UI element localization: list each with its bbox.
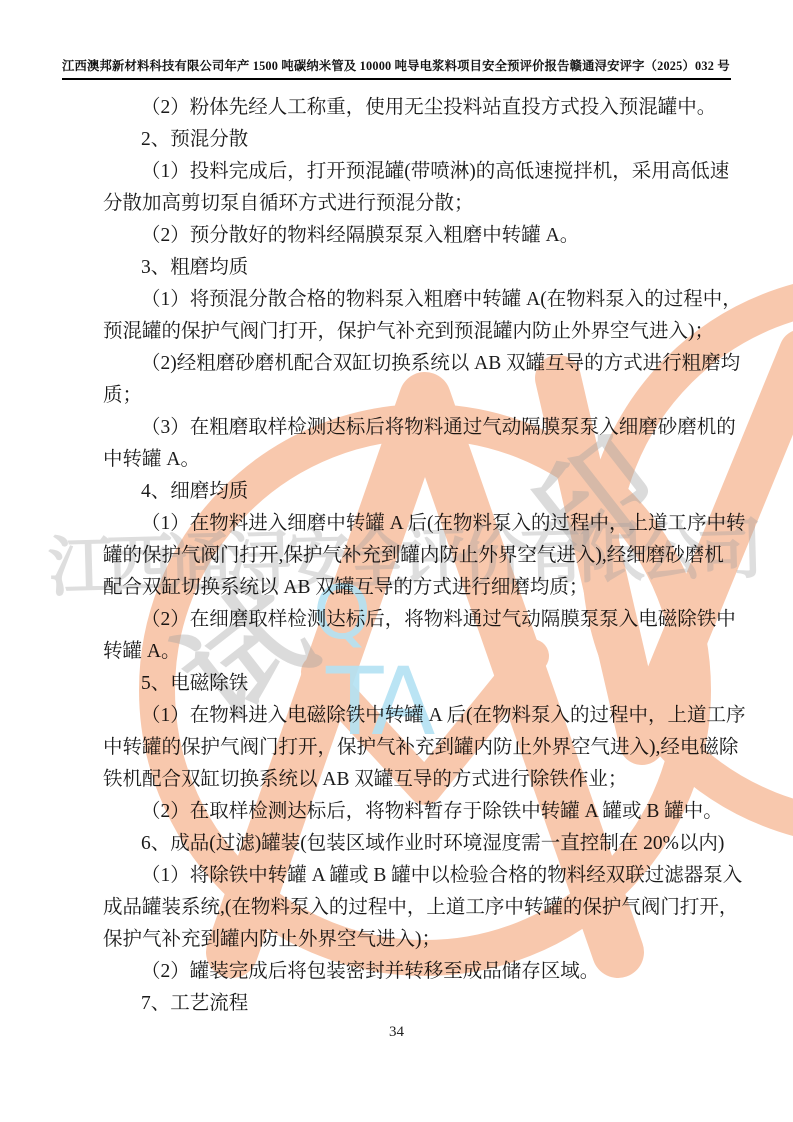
text-line: 质； — [103, 380, 715, 412]
text-line: 转罐 A。 — [103, 636, 715, 668]
text-line: 预混罐的保护气阀门打开，保护气补充到预混罐内防止外界空气进入)； — [103, 316, 715, 348]
text-line: 中转罐的保护气阀门打开，保护气补充到罐内防止外界空气进入),经电磁除 — [103, 732, 715, 764]
text-line: 分散加高剪切泵自循环方式进行预混分散； — [103, 188, 715, 220]
text-line: 保护气补充到罐内防止外界空气进入)； — [103, 924, 715, 956]
text-line: （1）将除铁中转罐 A 罐或 B 罐中以检验合格的物料经双联过滤器泵入 — [103, 860, 715, 892]
page-header: 江西澳邦新材料科技有限公司年产 1500 吨碳纳米管及 10000 吨导电浆料项… — [62, 56, 731, 80]
text-line: （3）在粗磨取样检测达标后将物料通过气动隔膜泵泵入细磨砂磨机的 — [103, 412, 715, 444]
text-line: 2、预混分散 — [103, 124, 715, 156]
text-line: （1）在物料进入细磨中转罐 A 后(在物料泵入的过程中，上道工序中转 — [103, 508, 715, 540]
text-line: （1）将预混分散合格的物料泵入粗磨中转罐 A(在物料泵入的过程中， — [103, 284, 715, 316]
text-line: （2）预分散好的物料经隔膜泵泵入粗磨中转罐 A。 — [103, 220, 715, 252]
text-line: 4、细磨均质 — [103, 476, 715, 508]
text-line: 中转罐 A。 — [103, 444, 715, 476]
text-line: 罐的保护气阀门打开,保护气补充到罐内防止外界空气进入),经细磨砂磨机 — [103, 540, 715, 572]
text-line: （2）在细磨取样检测达标后，将物料通过气动隔膜泵泵入电磁除铁中 — [103, 604, 715, 636]
body-text: （2）粉体先经人工称重，使用无尘投料站直投方式投入预混罐中。2、预混分散（1）投… — [103, 92, 715, 1020]
text-line: 3、粗磨均质 — [103, 252, 715, 284]
text-line: （2)经粗磨砂磨机配合双缸切换系统以 AB 双罐互导的方式进行粗磨均 — [103, 348, 715, 380]
text-line: 配合双缸切换系统以 AB 双罐互导的方式进行细磨均质； — [103, 572, 715, 604]
text-line: 6、成品(过滤)罐装(包装区域作业时环境湿度需一直控制在 20%以内) — [103, 828, 715, 860]
text-line: 成品罐装系统,(在物料泵入的过程中，上道工序中转罐的保护气阀门打开， — [103, 892, 715, 924]
text-line: （2）在取样检测达标后，将物料暂存于除铁中转罐 A 罐或 B 罐中。 — [103, 796, 715, 828]
text-line: （1）投料完成后，打开预混罐(带喷淋)的高低速搅拌机，采用高低速 — [103, 156, 715, 188]
text-line: 5、电磁除铁 — [103, 668, 715, 700]
text-line: 铁机配合双缸切换系统以 AB 双罐互导的方式进行除铁作业； — [103, 764, 715, 796]
page-number: 34 — [0, 1024, 793, 1041]
document-page: 江西澳邦新材料科技有限公司年产 1500 吨碳纳米管及 10000 吨导电浆料项… — [0, 0, 793, 1122]
text-line: （2）罐装完成后将包装密封并转移至成品储存区域。 — [103, 956, 715, 988]
text-line: （1）在物料进入电磁除铁中转罐 A 后(在物料泵入的过程中，上道工序 — [103, 700, 715, 732]
text-line: （2）粉体先经人工称重，使用无尘投料站直投方式投入预混罐中。 — [103, 92, 715, 124]
text-line: 7、工艺流程 — [103, 988, 715, 1020]
